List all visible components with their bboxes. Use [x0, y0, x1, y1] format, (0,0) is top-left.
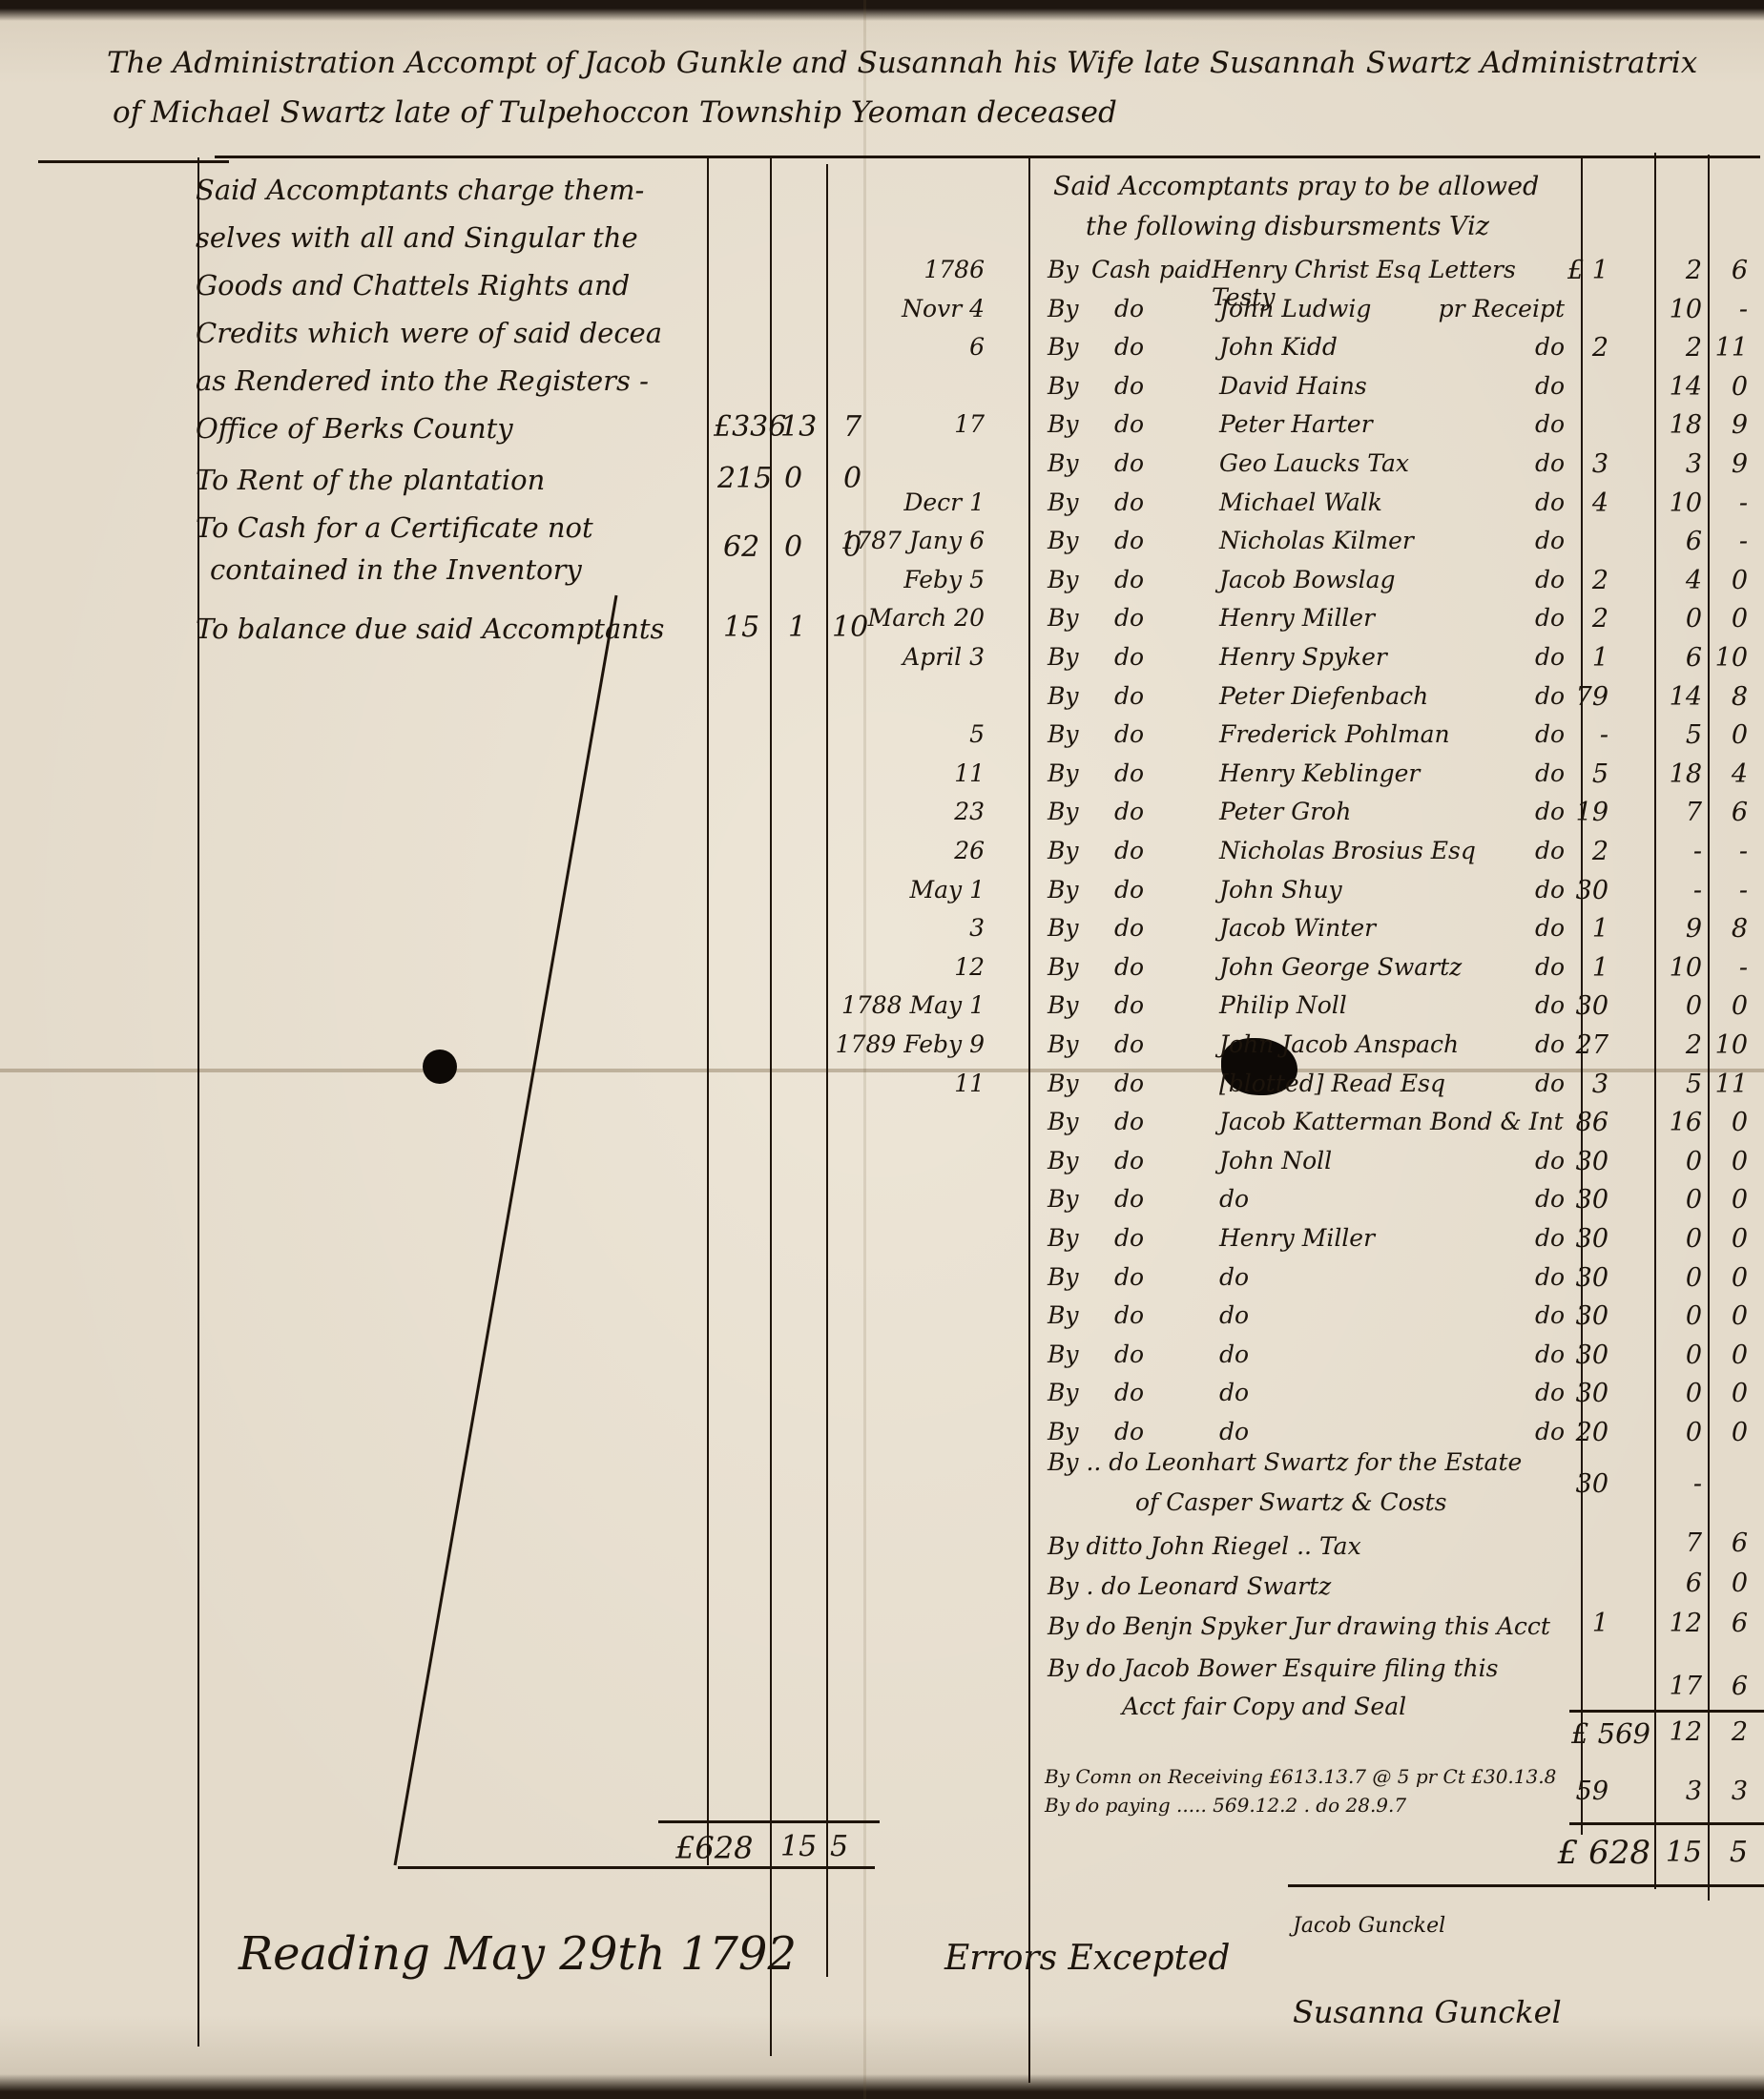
entry-by: By	[1048, 604, 1079, 632]
entry-text: BydoFrederick Pohlmando	[1048, 720, 1582, 759]
entry-pence: 0	[1708, 1185, 1748, 1215]
entry-text: BydoNicholas Brosius Esqdo	[1048, 837, 1582, 875]
charges-item-1-shillings: 13	[780, 410, 817, 444]
entry-payee: Henry Spyker	[1219, 643, 1387, 671]
entry-do: do	[1114, 410, 1144, 438]
entry-pence: 6	[1708, 256, 1748, 285]
entry-payee: Nicholas Kilmer	[1219, 527, 1414, 554]
entry-by: By	[1048, 449, 1079, 477]
subtotal-shillings: 12	[1654, 1717, 1702, 1747]
entry-shillings: 10	[1654, 488, 1702, 518]
entry-do: do	[1114, 1263, 1144, 1291]
entry-payee: John Ludwig	[1219, 295, 1371, 322]
entry-shillings: 5	[1654, 1070, 1702, 1099]
entry-by: By	[1048, 876, 1079, 904]
entry-pence: 10	[1708, 1030, 1748, 1060]
entry-text: Bydododo	[1048, 1185, 1582, 1223]
entry-shillings: 2	[1654, 333, 1702, 363]
entry-payee: Philip Noll	[1219, 991, 1347, 1019]
entry-text: Bydododo	[1048, 1263, 1582, 1301]
entry-pence: 11	[1708, 1070, 1748, 1099]
entry-pounds: 1	[1538, 643, 1608, 673]
entry-do: do	[1114, 372, 1144, 400]
extra-entry-1-line-2: of Casper Swartz & Costs	[1135, 1488, 1446, 1516]
entry-pence: -	[1708, 876, 1748, 905]
signature-susanna: Susanna Gunckel	[1293, 1994, 1562, 2030]
entry-by: By	[1048, 1185, 1079, 1213]
entry-pence: 9	[1708, 449, 1748, 479]
entry-by: By	[1048, 914, 1079, 942]
charges-item-4-pounds: 15	[723, 611, 759, 644]
entry-by: By	[1048, 643, 1079, 671]
extra-entry-1-line-1: By .. do Leonhart Swartz for the Estate	[1048, 1448, 1522, 1476]
place-date: Reading May 29th 1792	[239, 1927, 797, 1981]
entry-payee: [blotted] Read Esq	[1219, 1070, 1445, 1097]
entry-text: BydoDavid Hainsdo	[1048, 372, 1582, 410]
extra-entry-1-shillings: -	[1654, 1469, 1702, 1499]
entry-do: do	[1114, 1418, 1144, 1445]
entry-do: do	[1114, 527, 1144, 554]
entry-ref: do	[1535, 527, 1565, 554]
entry-text: Bydododo	[1048, 1340, 1582, 1379]
disburse-heading-2: the following disbursments Viz	[1086, 212, 1489, 241]
entry-text: BydoJohn George Swartzdo	[1048, 953, 1582, 991]
entry-do: do	[1114, 759, 1144, 787]
charges-heading-5: as Rendered into the Registers -	[196, 364, 649, 397]
entry-by: By	[1048, 720, 1079, 748]
entry-pounds: 30	[1538, 1263, 1608, 1293]
entry-pence: -	[1708, 488, 1748, 518]
entry-pounds: 79	[1538, 682, 1608, 712]
extra-entry-3-shillings: 6	[1654, 1569, 1702, 1598]
entry-shillings: 5	[1654, 720, 1702, 750]
extra-entry-4-shillings: 12	[1654, 1609, 1702, 1638]
entry-payee: John Shuy	[1219, 876, 1342, 904]
entry-text: BydoHenry Keblingerdo	[1048, 759, 1582, 798]
disburse-total-shillings: 15	[1654, 1836, 1702, 1869]
entry-shillings: -	[1654, 837, 1702, 866]
entry-shillings: 0	[1654, 1263, 1702, 1293]
entry-by: By	[1048, 991, 1079, 1019]
entry-pounds: 2	[1538, 333, 1608, 363]
entry-pounds: 86	[1538, 1108, 1608, 1137]
entry-ref: do	[1535, 410, 1565, 438]
entry-text: BydoNicholas Kilmerdo	[1048, 527, 1582, 565]
entry-pounds: 19	[1538, 798, 1608, 827]
entry-by: By	[1048, 256, 1079, 283]
entry-by: By	[1048, 488, 1079, 516]
entry-text: BydoPeter Grohdo	[1048, 798, 1582, 836]
entry-date: 1786	[822, 256, 985, 283]
entry-pence: 0	[1708, 1147, 1748, 1176]
entry-payee: Frederick Pohlman	[1219, 720, 1450, 748]
entry-do: do	[1114, 991, 1144, 1019]
entry-pounds: 3	[1538, 449, 1608, 479]
entry-payee: John Jacob Anspach	[1219, 1030, 1459, 1058]
entry-pounds: 30	[1538, 1224, 1608, 1254]
entry-date: 11	[822, 1070, 985, 1097]
entry-do: do	[1114, 1224, 1144, 1252]
entry-payee: John Kidd	[1219, 333, 1338, 361]
entry-pounds: 30	[1538, 1379, 1608, 1408]
entry-text: BydoJohn Nolldo	[1048, 1147, 1582, 1185]
extra-entry-2-line-1: By ditto John Riegel .. Tax	[1048, 1532, 1361, 1560]
entry-pence: -	[1708, 527, 1748, 556]
entry-payee: Peter Groh	[1219, 798, 1351, 825]
title-line-2: of Michael Swartz late of Tulpehoccon To…	[113, 95, 1117, 130]
entry-date: 11	[822, 759, 985, 787]
charges-item-2-pounds: 215	[717, 462, 772, 495]
entry-do: do	[1114, 566, 1144, 593]
extra-entry-3-line-1: By . do Leonard Swartz	[1048, 1572, 1331, 1600]
entry-date: May 1	[822, 876, 985, 904]
entry-date: Novr 4	[822, 295, 985, 322]
entry-by: By	[1048, 1108, 1079, 1135]
entry-do: do	[1114, 1185, 1144, 1213]
entry-date: 5	[822, 720, 985, 748]
entry-pounds: 30	[1538, 1301, 1608, 1331]
header-rule	[215, 156, 1760, 158]
entry-text: BydoGeo Laucks Taxdo	[1048, 449, 1582, 488]
entry-date: 26	[822, 837, 985, 864]
charges-heading-2: selves with all and Singular the	[196, 221, 638, 254]
extra-entry-2-pence: 6	[1708, 1528, 1748, 1558]
ink-blot-left	[423, 1049, 457, 1084]
errors-excepted: Errors Excepted	[944, 1939, 1230, 1978]
entry-payee: Jacob Katterman Bond & Int	[1219, 1108, 1564, 1135]
entry-date: April 3	[822, 643, 985, 671]
entry-text: BydoJacob Winterdo	[1048, 914, 1582, 952]
entry-do: do	[1114, 1379, 1144, 1406]
extra-entry-4-pence: 6	[1708, 1609, 1748, 1638]
entry-pence: 0	[1708, 991, 1748, 1021]
entry-text: Bydo[blotted] Read Esqdo	[1048, 1070, 1582, 1108]
charges-heading-1: Said Accomptants charge them-	[196, 174, 644, 206]
entry-text: Bydododo	[1048, 1301, 1582, 1340]
entry-pounds: -	[1538, 720, 1608, 750]
torn-top-edge	[0, 0, 1764, 21]
entry-shillings: 9	[1654, 914, 1702, 944]
entry-payee: Nicholas Brosius Esq	[1219, 837, 1476, 864]
torn-bottom-edge	[0, 2074, 1764, 2099]
disburse-heading-1: Said Accomptants pray to be allowed	[1053, 172, 1539, 201]
entry-by: By	[1048, 566, 1079, 593]
entry-pounds: 30	[1538, 1185, 1608, 1215]
charges-item-3-shillings: 0	[784, 530, 802, 564]
entry-do: do	[1114, 1340, 1144, 1368]
entry-do: do	[1114, 876, 1144, 904]
entry-payee: John Noll	[1219, 1147, 1332, 1174]
entry-by: By	[1048, 1030, 1079, 1058]
charges-heading-4: Credits which were of said decea	[196, 317, 662, 349]
extra-entry-2-shillings: 7	[1654, 1528, 1702, 1558]
entry-date: 1787 Jany 6	[822, 527, 985, 554]
entry-pence: 6	[1708, 798, 1748, 827]
entry-payee: David Hains	[1219, 372, 1367, 400]
entry-payee: do	[1219, 1340, 1249, 1368]
entry-shillings: 0	[1654, 991, 1702, 1021]
entry-do: do	[1114, 295, 1144, 322]
commission-shillings: 3	[1654, 1777, 1702, 1806]
entry-shillings: 0	[1654, 1418, 1702, 1447]
extra-entry-5-line-1: By do Jacob Bower Esquire filing this	[1048, 1654, 1498, 1682]
entry-by: By	[1048, 410, 1079, 438]
entry-payee: Jacob Winter	[1219, 914, 1376, 942]
entry-do: do	[1114, 720, 1144, 748]
entry-shillings: 7	[1654, 798, 1702, 827]
entry-pence: 4	[1708, 759, 1748, 789]
entry-do: do	[1114, 333, 1144, 361]
entry-pence: -	[1708, 295, 1748, 324]
entry-pence: 9	[1708, 410, 1748, 440]
entry-date: March 20	[822, 604, 985, 632]
entry-payee: Geo Laucks Tax	[1219, 449, 1409, 477]
entry-shillings: 0	[1654, 1185, 1702, 1215]
entry-do: do	[1114, 682, 1144, 710]
entry-by: By	[1048, 527, 1079, 554]
entry-shillings: 10	[1654, 295, 1702, 324]
entry-pence: 0	[1708, 1263, 1748, 1293]
entry-payee: do	[1219, 1263, 1249, 1291]
entry-do: Cash paid	[1091, 256, 1212, 283]
entry-pounds: 30	[1538, 876, 1608, 905]
entry-text: BydoJohn Ludwigpr Receipt	[1048, 295, 1582, 333]
entry-by: By	[1048, 1224, 1079, 1252]
disburse-total-pence: 5	[1708, 1836, 1748, 1869]
entry-by: By	[1048, 953, 1079, 981]
extra-entry-3-pence: 0	[1708, 1569, 1748, 1598]
entry-pence: 0	[1708, 372, 1748, 402]
entry-do: do	[1114, 604, 1144, 632]
entry-pounds: 2	[1538, 604, 1608, 634]
entry-pounds: 3	[1538, 1070, 1608, 1099]
entry-pounds: 20	[1538, 1418, 1608, 1447]
entry-payee: do	[1219, 1301, 1249, 1329]
disburse-total-pounds: £ 628	[1507, 1834, 1650, 1872]
rule-charges-pounds	[707, 157, 709, 1865]
entry-ref: do	[1535, 372, 1565, 400]
entry-pence: 0	[1708, 1108, 1748, 1137]
entry-shillings: 2	[1654, 256, 1702, 285]
entry-payee: Jacob Bowslag	[1219, 566, 1396, 593]
entry-by: By	[1048, 759, 1079, 787]
entry-shillings: 0	[1654, 1379, 1702, 1408]
entry-pence: -	[1708, 953, 1748, 983]
entry-do: do	[1114, 1030, 1144, 1058]
entry-do: do	[1114, 914, 1144, 942]
entry-by: By	[1048, 295, 1079, 322]
entry-do: do	[1114, 1108, 1144, 1135]
entry-text: ByCash paidHenry Christ Esq Letters Test…	[1048, 256, 1582, 294]
entry-date: 3	[822, 914, 985, 942]
entry-pence: 0	[1708, 1379, 1748, 1408]
entry-do: do	[1114, 1147, 1144, 1174]
entry-payee: Peter Harter	[1219, 410, 1373, 438]
entry-pounds: 30	[1538, 1147, 1608, 1176]
entry-shillings: 0	[1654, 604, 1702, 634]
commission-line-2: By do paying ..... 569.12.2 . do 28.9.7	[1045, 1794, 1406, 1817]
entry-pounds: 5	[1538, 759, 1608, 789]
charges-total-pounds: £628	[675, 1830, 753, 1866]
entry-by: By	[1048, 1263, 1079, 1291]
entry-payee: Michael Walk	[1219, 488, 1382, 516]
charges-item-1-pounds: £336	[714, 410, 786, 444]
charges-item-2-shillings: 0	[784, 462, 802, 495]
entry-payee: John George Swartz	[1219, 953, 1462, 981]
entry-ref: pr Receipt	[1439, 295, 1565, 322]
entry-text: BydoMichael Walkdo	[1048, 488, 1582, 527]
entry-pounds: 1	[1538, 914, 1608, 944]
extra-entry-5-pence: 6	[1708, 1672, 1748, 1701]
header-rule-left	[38, 160, 229, 163]
entry-do: do	[1114, 449, 1144, 477]
entry-do: do	[1114, 643, 1144, 671]
entry-pence: 0	[1708, 604, 1748, 634]
entry-payee: Henry Miller	[1219, 604, 1375, 632]
entry-by: By	[1048, 372, 1079, 400]
entry-pounds: 2	[1538, 566, 1608, 595]
entry-text: BydoPeter Harterdo	[1048, 410, 1582, 448]
charges-item-1-desc: Office of Berks County	[196, 412, 513, 445]
entry-text: Bydododo	[1048, 1379, 1582, 1417]
ledger-page: The Administration Accompt of Jacob Gunk…	[0, 0, 1764, 2099]
entry-pence: 0	[1708, 1224, 1748, 1254]
charges-heading-3: Goods and Chattels Rights and	[196, 269, 630, 301]
entry-payee: do	[1219, 1379, 1249, 1406]
commission-pounds: 59	[1538, 1777, 1608, 1806]
entry-date: 17	[822, 410, 985, 438]
charges-item-4-shillings: 1	[788, 611, 806, 644]
entry-shillings: 14	[1654, 372, 1702, 402]
entry-by: By	[1048, 1340, 1079, 1368]
entry-do: do	[1114, 837, 1144, 864]
entry-shillings: 18	[1654, 759, 1702, 789]
entry-do: do	[1114, 953, 1144, 981]
entry-pounds: 27	[1538, 1030, 1608, 1060]
entry-date: 23	[822, 798, 985, 825]
entry-by: By	[1048, 333, 1079, 361]
entry-text: BydoJohn Shuydo	[1048, 876, 1582, 914]
entry-do: do	[1114, 1070, 1144, 1097]
charges-total-shillings: 15	[780, 1830, 817, 1863]
entry-date: 1789 Feby 9	[822, 1030, 985, 1058]
subtotal-rule	[1569, 1710, 1764, 1713]
entry-date: Feby 5	[822, 566, 985, 593]
entry-pence: 11	[1708, 333, 1748, 363]
extra-entry-4-pounds: 1	[1538, 1609, 1608, 1638]
entry-do: do	[1114, 488, 1144, 516]
entry-payee: Henry Keblinger	[1219, 759, 1420, 787]
entry-pounds: 1	[1538, 953, 1608, 983]
extra-entry-1-pounds: 30	[1538, 1469, 1608, 1499]
entry-shillings: 18	[1654, 410, 1702, 440]
total-rule-bottom	[1288, 1884, 1764, 1887]
extra-entry-5-line-2: Acct fair Copy and Seal	[1122, 1693, 1406, 1720]
entry-by: By	[1048, 1147, 1079, 1174]
charges-item-3-desc-2: contained in the Inventory	[210, 553, 582, 586]
subtotal-pence: 2	[1708, 1717, 1748, 1747]
entry-shillings: 10	[1654, 953, 1702, 983]
entry-shillings: 6	[1654, 643, 1702, 673]
total-rule-top	[1569, 1822, 1764, 1825]
commission-line-1: By Comn on Receiving £613.13.7 @ 5 pr Ct…	[1045, 1765, 1556, 1788]
entry-pence: 0	[1708, 1301, 1748, 1331]
entry-text: BydoJohn Kidddo	[1048, 333, 1582, 371]
entry-date: 12	[822, 953, 985, 981]
entry-by: By	[1048, 837, 1079, 864]
signature-jacob: Jacob Gunckel	[1293, 1914, 1445, 1938]
cancellation-stroke	[391, 592, 639, 1870]
entry-shillings: 14	[1654, 682, 1702, 712]
entry-pounds: 30	[1538, 1340, 1608, 1370]
extra-entry-4-line-1: By do Benjn Spyker Jur drawing this Acct	[1048, 1612, 1550, 1640]
entry-pence: 0	[1708, 720, 1748, 750]
entry-shillings: 0	[1654, 1147, 1702, 1176]
entry-text: BydoJacob Bowslagdo	[1048, 566, 1582, 604]
entry-shillings: 4	[1654, 566, 1702, 595]
entry-pounds: 2	[1538, 837, 1608, 866]
entry-pence: -	[1708, 837, 1748, 866]
entry-shillings: 0	[1654, 1224, 1702, 1254]
charges-item-3-desc-1: To Cash for a Certificate not	[196, 511, 593, 544]
entry-payee: Henry Miller	[1219, 1224, 1375, 1252]
entry-shillings: 3	[1654, 449, 1702, 479]
entry-text: BydoHenry Spykerdo	[1048, 643, 1582, 681]
entry-date: 6	[822, 333, 985, 361]
rule-disburse-date	[1028, 156, 1030, 2083]
entry-shillings: 6	[1654, 527, 1702, 556]
entry-pence: 0	[1708, 566, 1748, 595]
entry-text: BydoHenry Millerdo	[1048, 604, 1582, 642]
entry-by: By	[1048, 1301, 1079, 1329]
title-line-1: The Administration Accompt of Jacob Gunk…	[107, 46, 1697, 80]
entry-text: BydoHenry Millerdo	[1048, 1224, 1582, 1262]
entry-shillings: -	[1654, 876, 1702, 905]
entry-text: BydoJohn Jacob Anspachdo	[1048, 1030, 1582, 1069]
commission-pence: 3	[1708, 1777, 1748, 1806]
entry-payee: do	[1219, 1418, 1249, 1445]
entry-by: By	[1048, 682, 1079, 710]
entry-text: BydoJacob Katterman Bond & Int	[1048, 1108, 1582, 1146]
entry-do: do	[1114, 798, 1144, 825]
entry-shillings: 0	[1654, 1301, 1702, 1331]
entry-pence: 8	[1708, 914, 1748, 944]
entry-pence: 0	[1708, 1418, 1748, 1447]
subtotal-pounds: £ 569	[1526, 1717, 1650, 1750]
entry-shillings: 0	[1654, 1340, 1702, 1370]
charges-total-rule	[658, 1820, 880, 1823]
entry-shillings: 16	[1654, 1108, 1702, 1137]
charges-item-3-pounds: 62	[723, 530, 759, 564]
entry-shillings: 2	[1654, 1030, 1702, 1060]
entry-pence: 10	[1708, 643, 1748, 673]
charges-total-pence: 5	[830, 1830, 848, 1863]
entry-pence: 0	[1708, 1340, 1748, 1370]
entry-by: By	[1048, 1070, 1079, 1097]
entry-text: BydoPeter Diefenbachdo	[1048, 682, 1582, 720]
entry-payee: Peter Diefenbach	[1219, 682, 1428, 710]
entry-pounds: 30	[1538, 991, 1608, 1021]
entry-by: By	[1048, 1418, 1079, 1445]
entry-payee: do	[1219, 1185, 1249, 1213]
entry-pounds: 4	[1538, 488, 1608, 518]
charges-item-4-desc: To balance due said Accomptants	[196, 613, 664, 645]
charges-bottom-rule	[398, 1866, 875, 1869]
extra-entry-5-shillings: 17	[1654, 1672, 1702, 1701]
entry-by: By	[1048, 798, 1079, 825]
entry-pounds: £ 1	[1538, 256, 1608, 285]
entry-date: Decr 1	[822, 488, 985, 516]
